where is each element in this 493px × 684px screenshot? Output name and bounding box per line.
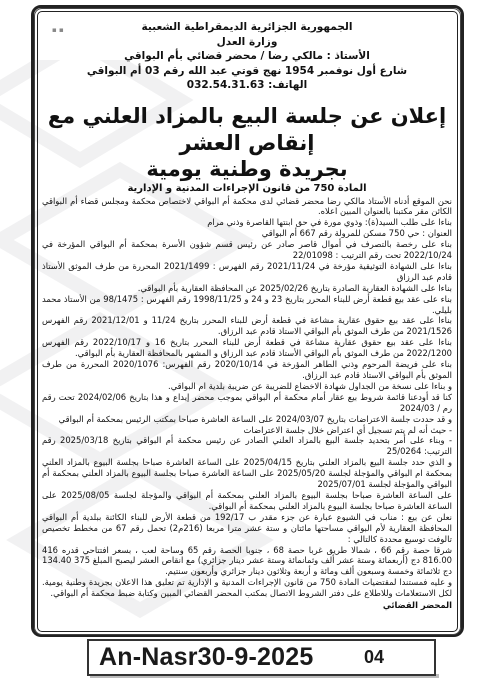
body-paragraph: شرقا حصة رقم 66 ، شمالا طريق غربا حصة 68… — [42, 545, 452, 578]
body-paragraph: بناء على عقد بيع قطعة أرض للبناء المحرر … — [42, 294, 452, 316]
legal-article-reference: المادة 750 من قانون الإجراءات المدنية و … — [42, 182, 452, 195]
body-paragraph: بناءا على طلب السيد(ة): وذوي مورة في حق … — [42, 217, 452, 228]
letterhead: الجمهورية الجزائرية الديمقراطية الشعبية … — [42, 20, 452, 93]
republic-name: الجمهورية الجزائرية الديمقراطية الشعبية — [42, 20, 452, 35]
body-paragraph: بناءا على عقد بيع حقوق عقارية مشاعة في ق… — [42, 315, 452, 337]
body-paragraph: و الذي حدد جلسة البيع بالمزاد العلني بتا… — [42, 457, 452, 490]
body-paragraph: بناءا على الشهادة التوثيقية مؤرخة في 202… — [42, 261, 452, 283]
body-paragraph: - حيث أنه لم يتم تسجيل أي اعتراض خلال جل… — [42, 425, 452, 436]
ministry-name: وزارة العدل — [42, 35, 452, 50]
publication-name-date: An-Nasr30-9-2025 — [99, 643, 313, 672]
body-paragraph: بناء على رخصة بالتصرف في أموال قاصر صادر… — [42, 239, 452, 261]
body-paragraph: و عليه فمستندا لمقتضيات المادة 750 من قا… — [42, 577, 452, 599]
body-paragraph: - وبناء على أمر بتحديد جلسة البيع بالمزا… — [42, 435, 452, 457]
body-paragraph: بناء على فريضة المرحوم وذني الطاهر المؤر… — [42, 359, 452, 381]
body-paragraph: العنوان : حي 750 مسكن للمرولة رقم 667 أم… — [42, 228, 452, 239]
body-paragraph: كنا قد أودعنا قائمة شروط بيع عقار أمام م… — [42, 392, 452, 414]
bailiff-name: الأستاذ : مالكي رضا / محضر قضائي بأم الب… — [42, 49, 452, 64]
publication-footer: An-Nasr30-9-2025 04 — [87, 639, 436, 676]
body-paragraph: و قد حددت جلسة الاعتراضات بتاريخ 2024/03… — [42, 414, 452, 425]
body-paragraph: بناءا على عقد بيع حقوق عقارية مشاعة في ق… — [42, 337, 452, 359]
notice-headline-2: بجريدة وطنية يومية — [42, 157, 452, 181]
body-paragraph: نحن الموقع أدناه الأستاذ مالكي رضا محضر … — [42, 196, 452, 218]
notice-content: ▪ ▪ الجمهورية الجزائرية الديمقراطية الشع… — [42, 20, 452, 611]
office-phone: الهاتف: 032.54.31.63 — [42, 78, 452, 93]
body-paragraph: نعلن عن بيع : مناب في الشيوع عبارة عن جز… — [42, 512, 452, 545]
notice-headline: إعلان عن جلسة البيع بالمزاد العلني مع إن… — [42, 103, 452, 157]
notice-body: نحن الموقع أدناه الأستاذ مالكي رضا محضر … — [42, 196, 452, 612]
office-address: شارع أول نوفمبر 1954 نهج قوتي عبد الله ر… — [42, 64, 452, 79]
body-paragraph: بناءا على الشهادة العقارية الصادرة بتاري… — [42, 283, 452, 294]
body-paragraph: على الساعة العاشرة صباحا بجلسة البيوع با… — [42, 490, 452, 512]
page-number: 04 — [364, 647, 384, 668]
body-paragraph: و بناءا على نسخة من الجداول شهادة الاخضا… — [42, 381, 452, 392]
scan-mark: ▪ ▪ — [52, 26, 64, 34]
signature: المحضر القضائي — [42, 599, 452, 611]
